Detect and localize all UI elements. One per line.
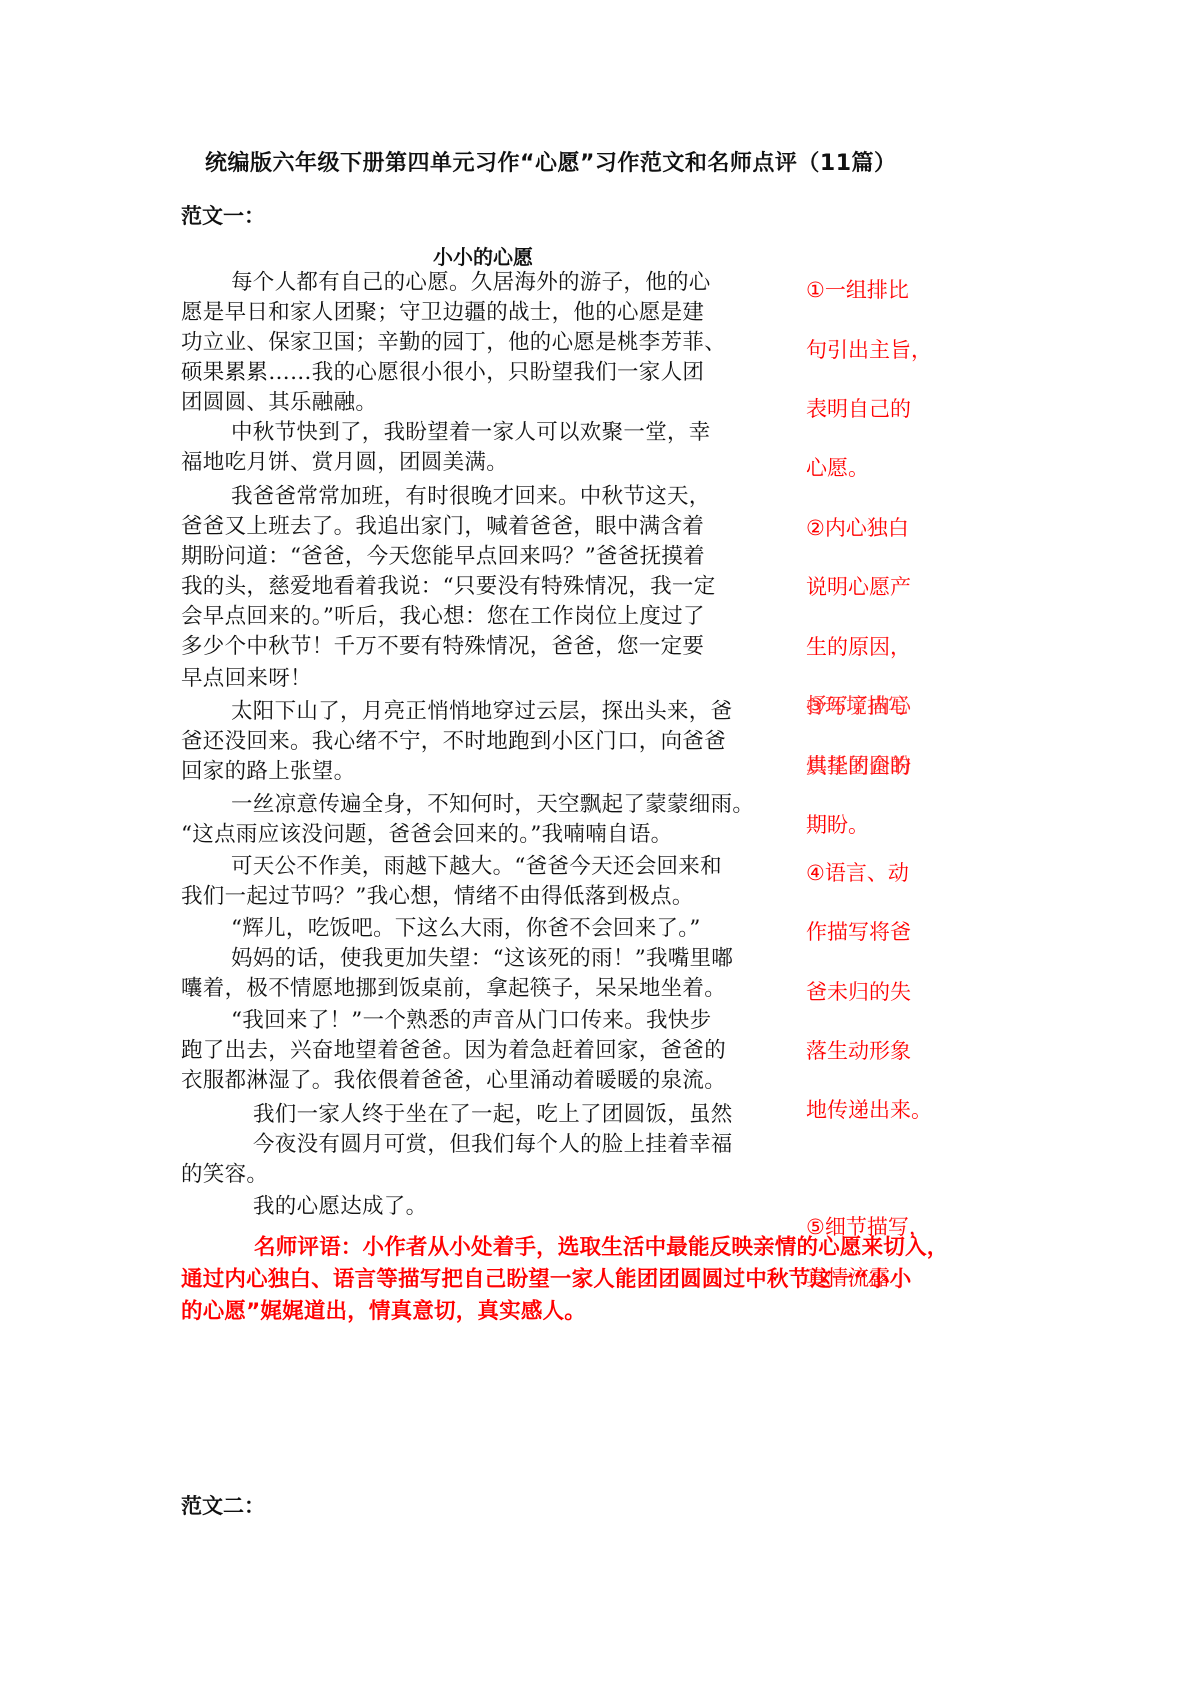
essay-line: 我们一家人终于坐在了一起，吃上了团圆饭，虽然 [181, 1100, 733, 1130]
essay-line: “辉儿，吃饭吧。下这么大雨，你爸不会回来了。” [181, 914, 701, 944]
essay-line: 我爸爸常常加班，有时很晚才回来。中秋节这天， [181, 482, 711, 512]
essay-line: 会早点回来的。”听后，我心想：您在工作岗位上度过了 [181, 602, 705, 632]
annotation-line: 真挚的企盼 [806, 750, 911, 780]
section-heading-1: 范文一： [181, 200, 265, 230]
annotation-line: ④语言、动 [806, 857, 909, 887]
essay-line: 我的头，慈爱地看着我说：“只要没有特殊情况，我一定 [181, 572, 716, 602]
essay-line: 衣服都淋湿了。我依偎着爸爸，心里涌动着暖暖的泉流。 [181, 1066, 726, 1096]
essay-title: 小小的心愿 [433, 241, 533, 270]
essay-line: 爸还没回来。我心绪不宁，不时地跑到小区门口，向爸爸 [181, 727, 726, 757]
annotation-line: 抒写了内心 [806, 690, 911, 720]
essay-line: 硕果累累……我的心愿很小很小，只盼望我们一家人团 [181, 358, 704, 388]
annotation-line: 落生动形象 [806, 1035, 911, 1065]
annotation-line: 说明心愿产 [806, 571, 911, 601]
document-title: 统编版六年级下册第四单元习作“心愿”习作范文和名师点评（11篇） [205, 146, 897, 177]
essay-line: 今夜没有圆月可赏，但我们每个人的脸上挂着幸福 [181, 1130, 733, 1160]
essay-line: 团圆圆、其乐融融。 [181, 388, 377, 418]
essay-line: 中秋节快到了，我盼望着一家人可以欢聚一堂，幸 [181, 418, 711, 448]
annotation-line: 地传递出来。 [806, 1094, 932, 1124]
annotation-line: 心愿。 [806, 452, 869, 482]
annotation-line: ①一组排比 [806, 274, 909, 304]
essay-line: 太阳下山了，月亮正悄悄地穿过云层，探出头来，爸 [181, 697, 732, 727]
essay-line: “我回来了！”一个熟悉的声音从门口传来。我快步 [181, 1006, 711, 1036]
comment-line: 通过内心独白、语言等描写把自己盼望一家人能团团圆圆过中秋节这一“小小 [181, 1262, 911, 1293]
essay-line: 一丝凉意传遍全身，不知何时，天空飘起了蒙蒙细雨。 [181, 790, 754, 820]
annotation-line: 表明自己的 [806, 393, 911, 423]
essay-line: 囔着，极不情愿地挪到饭桌前，拿起筷子，呆呆地坐着。 [181, 974, 726, 1004]
essay-line: 早点回来呀！ [181, 664, 312, 694]
essay-line: 愿是早日和家人团聚；守卫边疆的战士，他的心愿是建 [181, 298, 704, 328]
annotation-line: ②内心独白 [806, 512, 909, 542]
annotation-line: 句引出主旨， [806, 334, 932, 364]
essay-line: 妈妈的话，使我更加失望：“这该死的雨！”我嘴里嘟 [181, 944, 733, 974]
essay-line: 的笑容。 [181, 1160, 268, 1190]
annotation-line: 生的原因， [806, 631, 911, 661]
annotation-line: 期盼。 [806, 809, 869, 839]
annotation-line: 作描写将爸 [806, 916, 911, 946]
essay-line: 可天公不作美，雨越下越大。“爸爸今天还会回来和 [181, 852, 722, 882]
comment-line: 的心愿”娓娓道出，情真意切，真实感人。 [181, 1294, 586, 1325]
essay-line: 回家的路上张望。 [181, 757, 355, 787]
essay-line: 跑了出去，兴奋地望着爸爸。因为着急赶着回家，爸爸的 [181, 1036, 726, 1066]
section-heading-2: 范文二： [181, 1490, 265, 1520]
essay-line: “这点雨应该没问题，爸爸会回来的。”我喃喃自语。 [181, 820, 672, 850]
essay-line: 福地吃月饼、赏月圆，团圆美满。 [181, 448, 508, 478]
essay-line: 多少个中秋节！千万不要有特殊情况，爸爸，您一定要 [181, 632, 704, 662]
essay-line: 我的心愿达成了。 [181, 1192, 427, 1222]
comment-line: 名师评语：小作者从小处着手，选取生活中最能反映亲情的心愿来切入， [254, 1230, 948, 1261]
essay-line: 功立业、保家卫国；辛勤的园丁，他的心愿是桃李芳菲、 [181, 328, 726, 358]
annotation-line: 爸未归的失 [806, 976, 911, 1006]
essay-line: 爸爸又上班去了。我追出家门，喊着爸爸，眼中满含着 [181, 512, 704, 542]
essay-line: 我们一起过节吗？”我心想，情绪不由得低落到极点。 [181, 882, 694, 912]
essay-line: 每个人都有自己的心愿。久居海外的游子，他的心 [181, 268, 711, 298]
essay-line: 期盼问道：“爸爸，今天您能早点回来吗？”爸爸抚摸着 [181, 542, 705, 572]
